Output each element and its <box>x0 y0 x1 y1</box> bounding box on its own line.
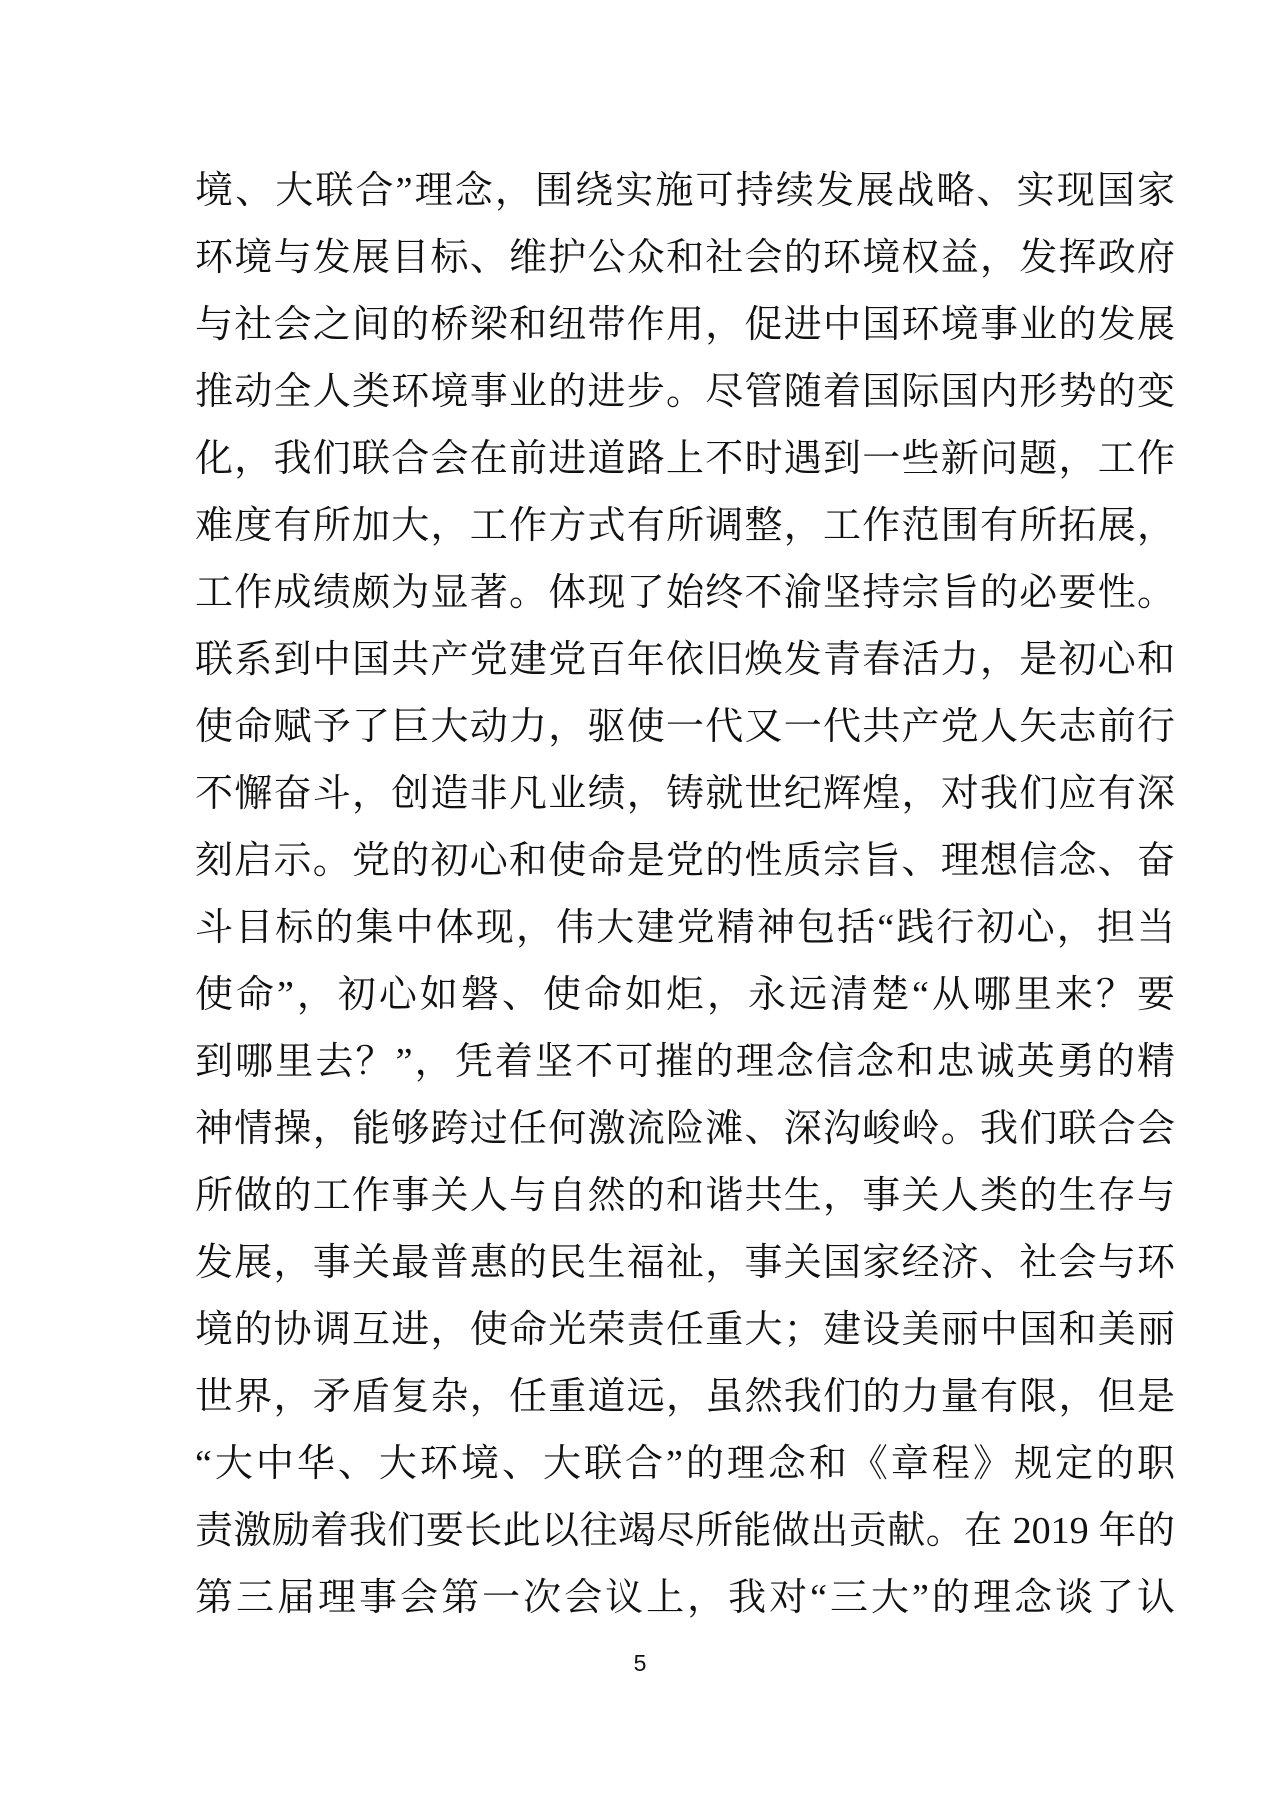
text-line: 难度有所加大，工作方式有所调整，工作范围有所拓展， <box>195 493 1175 560</box>
text-line: 责激励着我们要长此以往竭尽所能做出贡献。在 2019 年的 <box>195 1498 1175 1565</box>
text-line: 境的协调互进，使命光荣责任重大；建设美丽中国和美丽 <box>195 1297 1175 1364</box>
text-line: 境、大联合”理念，围绕实施可持续发展战略、实现国家 <box>195 158 1175 225</box>
text-line: 不懈奋斗，创造非凡业绩，铸就世纪辉煌，对我们应有深 <box>195 761 1175 828</box>
text-line: 神情操，能够跨过任何激流险滩、深沟峻岭。我们联合会 <box>195 1096 1175 1163</box>
text-line: 世界，矛盾复杂，任重道远，虽然我们的力量有限，但是 <box>195 1364 1175 1431</box>
page-number: 5 <box>0 1648 1280 1678</box>
text-line: 化，我们联合会在前进道路上不时遇到一些新问题，工作 <box>195 426 1175 493</box>
text-line: 环境与发展目标、维护公众和社会的环境权益，发挥政府 <box>195 225 1175 292</box>
text-line: 工作成绩颇为显著。体现了始终不渝坚持宗旨的必要性。 <box>195 560 1175 627</box>
text-line: 使命”，初心如磐、使命如炬，永远清楚“从哪里来？要 <box>195 962 1175 1029</box>
text-line: 联系到中国共产党建党百年依旧焕发青春活力，是初心和 <box>195 627 1175 694</box>
text-line: “大中华、大环境、大联合”的理念和《章程》规定的职 <box>195 1431 1175 1498</box>
text-line: 发展，事关最普惠的民生福祉，事关国家经济、社会与环 <box>195 1230 1175 1297</box>
text-line: 所做的工作事关人与自然的和谐共生，事关人类的生存与 <box>195 1163 1175 1230</box>
text-line: 到哪里去？”，凭着坚不可摧的理念信念和忠诚英勇的精 <box>195 1029 1175 1096</box>
text-block: 境、大联合”理念，围绕实施可持续发展战略、实现国家环境与发展目标、维护公众和社会… <box>195 158 1175 1632</box>
document-page: 境、大联合”理念，围绕实施可持续发展战略、实现国家环境与发展目标、维护公众和社会… <box>0 0 1280 1809</box>
text-line: 推动全人类环境事业的进步。尽管随着国际国内形势的变 <box>195 359 1175 426</box>
text-line: 第三届理事会第一次会议上，我对“三大”的理念谈了认 <box>195 1565 1175 1632</box>
text-line: 斗目标的集中体现，伟大建党精神包括“践行初心，担当 <box>195 895 1175 962</box>
text-line: 使命赋予了巨大动力，驱使一代又一代共产党人矢志前行 <box>195 694 1175 761</box>
text-line: 刻启示。党的初心和使命是党的性质宗旨、理想信念、奋 <box>195 828 1175 895</box>
text-line: 与社会之间的桥梁和纽带作用，促进中国环境事业的发展 <box>195 292 1175 359</box>
